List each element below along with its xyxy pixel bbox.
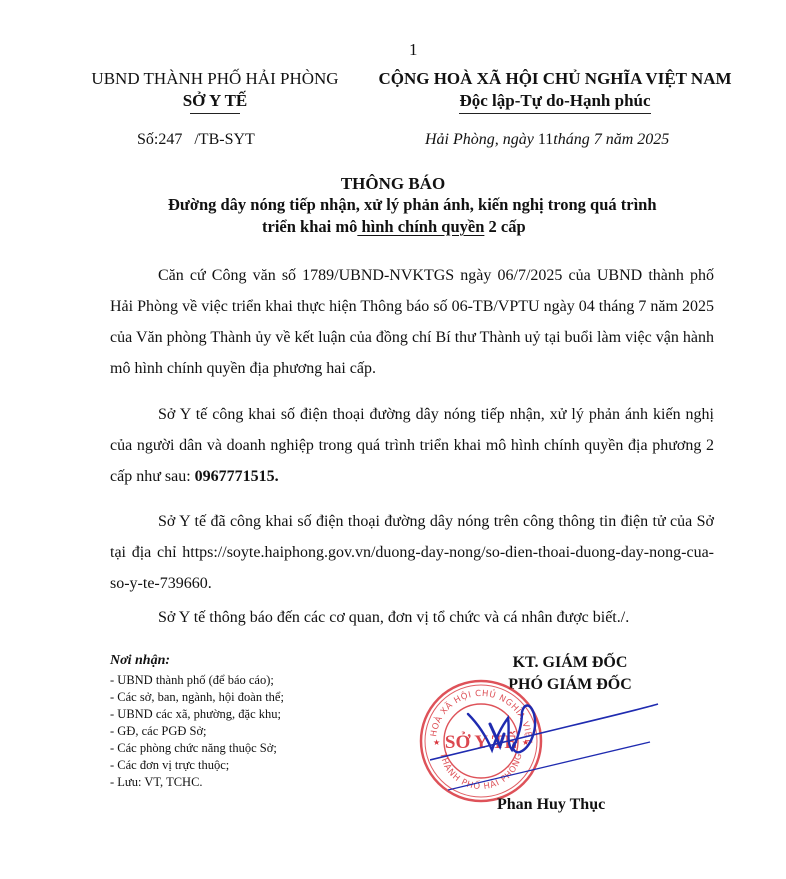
document-date: Hải Phòng, ngày 11tháng 7 năm 2025 [425, 131, 669, 149]
document-type-title: THÔNG BÁO [0, 174, 786, 194]
hotline-phone-number: 0967771515. [195, 468, 279, 485]
nation-title: CỘNG HOÀ XÃ HỘI CHỦ NGHĨA VIỆT NAM [370, 68, 740, 90]
paragraph-text: Căn cứ Công văn số 1789/UBND-NVKTGS ngày… [110, 267, 714, 377]
body-paragraph-hotline: Sở Y tế công khai số điện thoại đường dâ… [110, 399, 714, 492]
signer-name: Phan Huy Thục [497, 796, 605, 814]
document-reference: Số:247 /TB-SYT [137, 131, 255, 149]
recipient-item: - GĐ, các PGĐ Sở; [110, 723, 284, 740]
subject-line-2-pre: triển khai mô [262, 217, 357, 236]
paragraph-text: Sở Y tế đã công khai số điện thoại đường… [110, 513, 714, 592]
parent-authority: UBND THÀNH PHỐ HẢI PHÒNG [90, 68, 340, 90]
national-motto: Độc lập-Tự do-Hạnh phúc [459, 90, 650, 114]
issuing-agency-header: UBND THÀNH PHỐ HẢI PHÒNG SỞ Y TẾ [90, 68, 340, 114]
body-paragraph-legal-basis: Căn cứ Công văn số 1789/UBND-NVKTGS ngày… [110, 260, 714, 384]
signatory-title-line-1: KT. GIÁM ĐỐC [470, 652, 670, 674]
issuing-agency: SỞ Y TẾ [183, 90, 248, 112]
recipients-list: - UBND thành phố (để báo cáo); - Các sở,… [110, 672, 284, 791]
subject-line-2-post: 2 cấp [484, 217, 525, 236]
ref-suffix: /TB-SYT [194, 131, 254, 148]
recipient-item: - Các đơn vị trực thuộc; [110, 757, 284, 774]
recipient-item: - Các phòng chức năng thuộc Sở; [110, 740, 284, 757]
recipients-title: Nơi nhận: [110, 653, 170, 669]
ref-number: 247 [158, 131, 182, 148]
recipient-item: - UBND các xã, phường, đặc khu; [110, 706, 284, 723]
recipient-item: - Các sở, ban, ngành, hội đoàn thể; [110, 689, 284, 706]
date-suffix: tháng 7 năm 2025 [553, 131, 669, 148]
national-header: CỘNG HOÀ XÃ HỘI CHỦ NGHĨA VIỆT NAM Độc l… [370, 68, 740, 114]
subject-line-1: Đường dây nóng tiếp nhận, xử lý phản ánh… [168, 195, 657, 215]
ref-label: Số: [137, 131, 158, 148]
date-prefix: Hải Phòng, ngày [425, 131, 538, 148]
body-paragraph-closing: Sở Y tế thông báo đến các cơ quan, đơn v… [110, 602, 714, 633]
subject-line-2-underlined: hình chính quyền [357, 217, 484, 236]
recipient-item: - UBND thành phố (để báo cáo); [110, 672, 284, 689]
date-day: 11 [538, 131, 553, 148]
page-number: 1 [409, 40, 418, 60]
recipient-item: - Lưu: VT, TCHC. [110, 774, 284, 791]
agency-underline [190, 113, 240, 114]
subject-line-2: triển khai mô hình chính quyền 2 cấp [262, 217, 526, 237]
body-paragraph-website: Sở Y tế đã công khai số điện thoại đường… [110, 506, 714, 599]
paragraph-text: Sở Y tế thông báo đến các cơ quan, đơn v… [158, 609, 629, 626]
